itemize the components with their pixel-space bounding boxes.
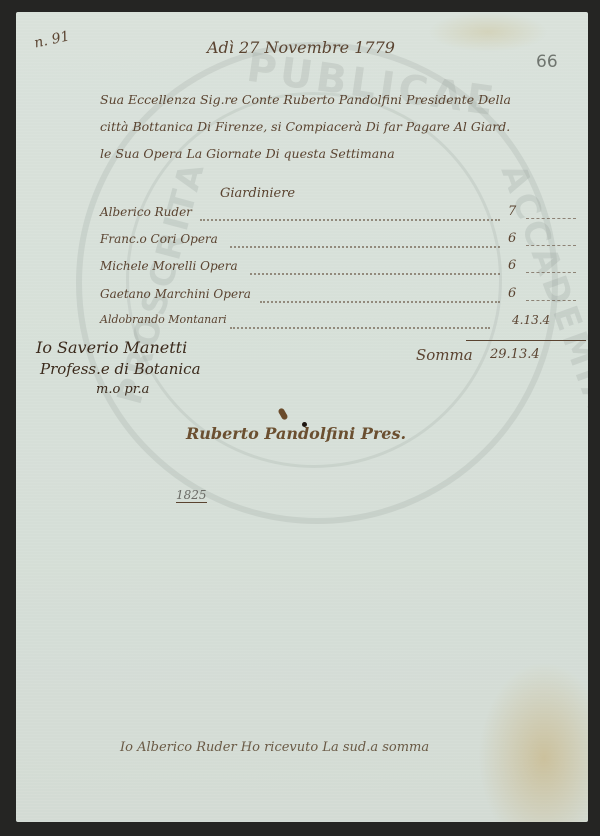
approval-line: m.o pr.a	[96, 382, 149, 397]
total-rule	[466, 340, 586, 341]
entry-amount: 6	[508, 286, 516, 301]
age-stain	[478, 662, 588, 822]
entry-name: Franc.o Cori Opera	[100, 232, 218, 246]
entry-amount: 6	[508, 258, 516, 273]
entry-name: Aldobrando Montanari	[100, 313, 227, 326]
total-amount: 29.13.4	[490, 347, 540, 362]
entry-amount: 4.13.4	[512, 313, 550, 327]
date-line: Adì 27 Novembre 1779	[207, 38, 395, 57]
entry-amount: 7	[508, 204, 516, 219]
entry-name: Michele Morelli Opera	[100, 259, 238, 273]
leader-dash	[526, 300, 576, 301]
age-stain	[428, 12, 548, 52]
approval-line: Profess.e di Botanica	[40, 360, 201, 378]
leader-dash	[526, 272, 576, 273]
body-line: città Bottanica Di Firenze, si Compiacer…	[100, 119, 510, 134]
entry-amount: 6	[508, 231, 516, 246]
catalog-number: 1825	[176, 488, 207, 503]
leader-dots	[260, 301, 500, 303]
leader-dash	[526, 218, 576, 219]
receipt-line: Io Alberico Ruder Ho ricevuto La sud.a s…	[120, 740, 429, 755]
leader-dash	[526, 245, 576, 246]
leader-dots	[250, 273, 500, 275]
section-heading: Giardiniere	[220, 186, 295, 201]
folio-number: 66	[536, 52, 558, 72]
leader-dots	[230, 246, 500, 248]
entry-name: Gaetano Marchini Opera	[100, 287, 251, 301]
approval-line: Io Saverio Manetti	[36, 338, 187, 357]
leader-dots	[230, 327, 490, 329]
entry-name: Alberico Ruder	[100, 205, 192, 219]
total-label: Somma	[416, 346, 473, 364]
signature: Ruberto Pandolfini Pres.	[186, 424, 406, 443]
body-line: le Sua Opera La Giornate Di questa Setti…	[100, 146, 395, 161]
body-line: Sua Eccellenza Sig.re Conte Ruberto Pand…	[100, 92, 511, 107]
leader-dots	[200, 219, 500, 221]
